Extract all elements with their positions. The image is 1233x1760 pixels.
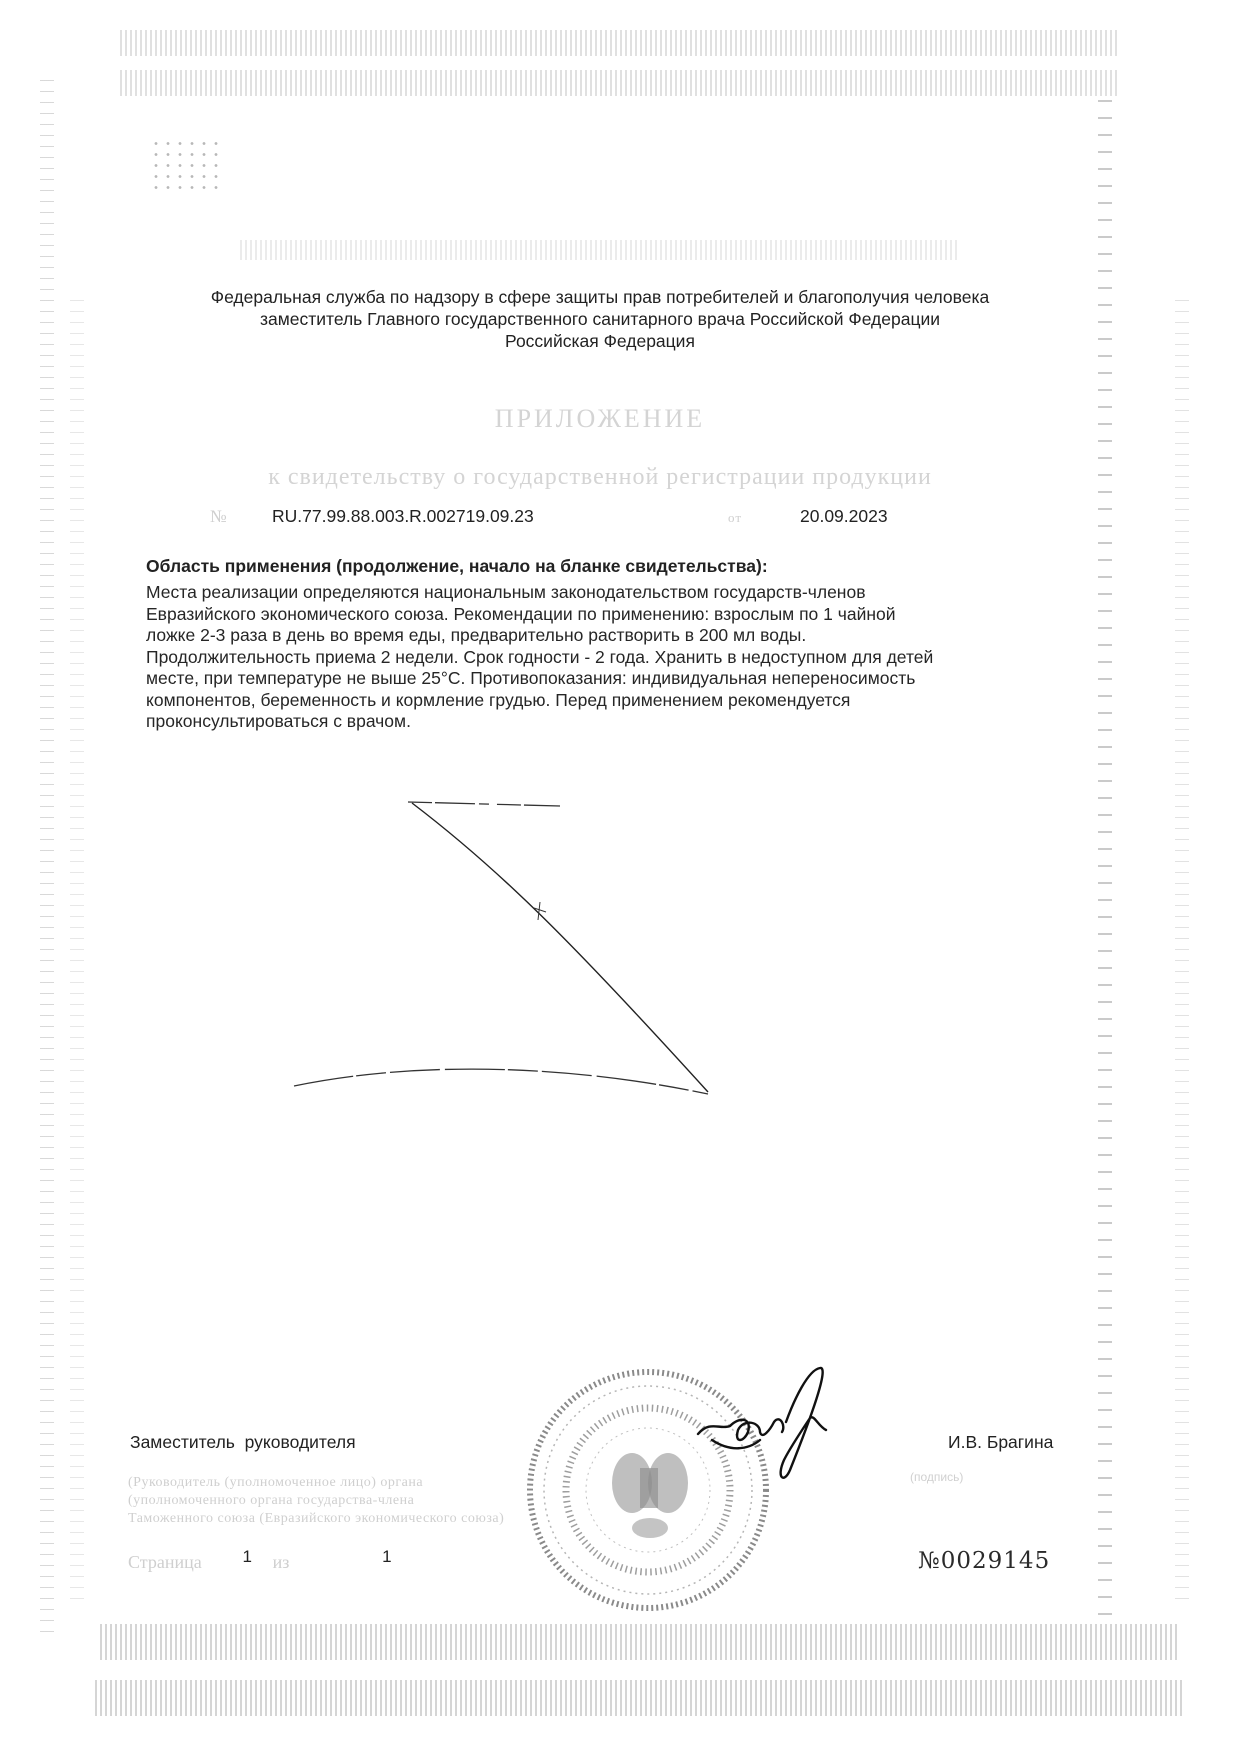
- form-subtitle: к свидетельству о государственной регист…: [100, 464, 1100, 491]
- body-line: месте, при температуре не выше 25°С. Про…: [146, 668, 1066, 690]
- authority-line-3: Российская Федерация: [100, 330, 1100, 352]
- authority-line-2: заместитель Главного государственного са…: [100, 308, 1100, 330]
- signature-caption: (подпись): [910, 1470, 963, 1484]
- page-number: 1: [242, 1547, 251, 1566]
- security-pattern-bottom-2: [95, 1680, 1185, 1716]
- page-label: Страница: [128, 1552, 202, 1572]
- body-line: Места реализации определяются национальн…: [146, 582, 1066, 604]
- left-margin-border: [40, 80, 54, 1640]
- section-heading: Область применения (продолжение, начало …: [146, 556, 768, 577]
- right-margin-border-outer: [1175, 300, 1189, 1600]
- form-title: ПРИЛОЖЕНИЕ: [100, 404, 1100, 434]
- security-pattern-top-2: [120, 70, 1120, 96]
- body-line: Продолжительность приема 2 недели. Срок …: [146, 647, 1066, 669]
- date-label: от: [728, 510, 742, 526]
- security-pattern-bottom-1: [100, 1624, 1180, 1660]
- emblem-mark: [150, 138, 222, 194]
- coat-of-arms-icon: [612, 1453, 688, 1538]
- security-pattern-top-3: [240, 240, 960, 260]
- form-serial-number: №0029145: [918, 1548, 1050, 1574]
- of-label: из: [273, 1552, 290, 1572]
- signatory-form-caption: (Руководитель (уполномоченное лицо) орга…: [128, 1474, 558, 1528]
- body-line: компонентов, беременность и кормление гр…: [146, 690, 1066, 712]
- body-line: проконсультироваться с врачом.: [146, 711, 1066, 733]
- left-margin-border-inner: [70, 300, 84, 1600]
- number-label: №: [210, 506, 228, 527]
- handwritten-signature: [690, 1360, 840, 1500]
- page-indicator: Страница 1 из 1: [128, 1552, 392, 1573]
- section-body: Места реализации определяются национальн…: [146, 582, 1066, 733]
- registration-number: RU.77.99.88.003.R.002719.09.23: [272, 506, 534, 527]
- page-total: 1: [382, 1547, 391, 1566]
- registration-date: 20.09.2023: [800, 506, 888, 527]
- signatory-position: Заместитель руководителя: [130, 1432, 356, 1453]
- authority-line-1: Федеральная служба по надзору в сфере за…: [100, 286, 1100, 308]
- body-line: Евразийского экономического союза. Реком…: [146, 604, 1066, 626]
- issuing-authority: Федеральная служба по надзору в сфере за…: [100, 286, 1100, 352]
- blank-space-cancel-mark: [270, 780, 720, 1100]
- signatory-name: И.В. Брагина: [948, 1432, 1053, 1453]
- body-line: ложке 2-3 раза в день во время еды, пред…: [146, 625, 1066, 647]
- security-pattern-top-1: [120, 30, 1120, 56]
- right-margin-border: [1098, 100, 1112, 1620]
